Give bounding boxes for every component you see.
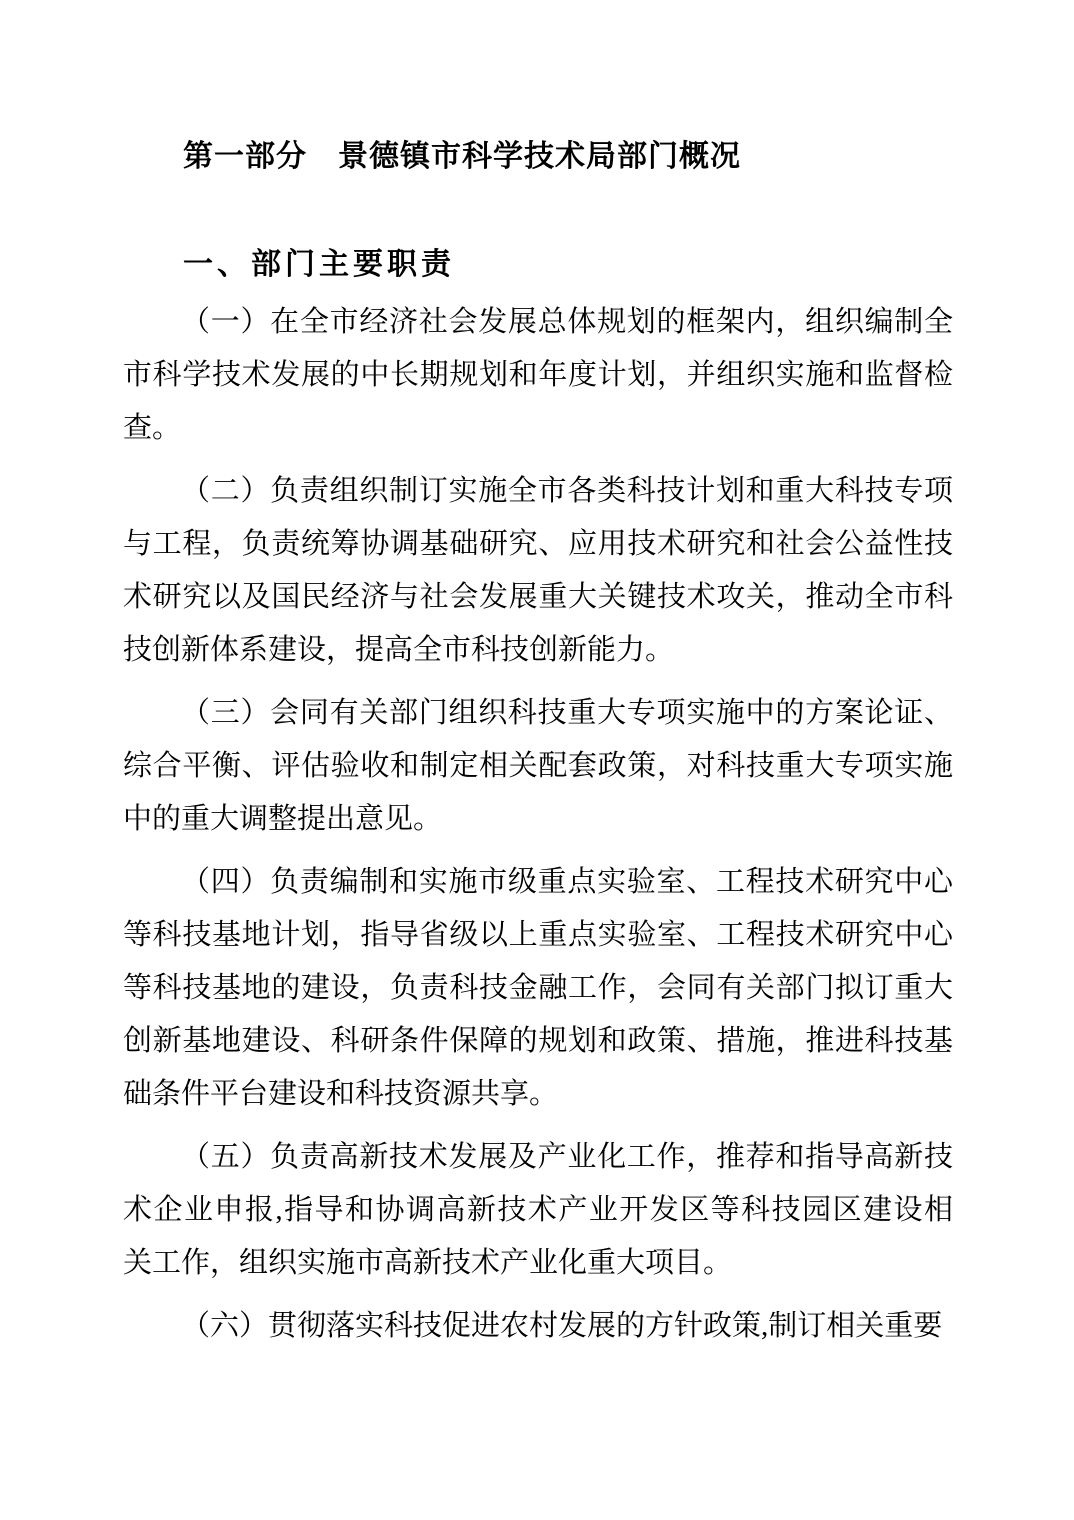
text-line: 等科技基地的建设，负责科技金融工作，会同有关部门拟订重大 <box>123 962 953 1015</box>
text-line: 中的重大调整提出意见。 <box>123 793 953 846</box>
paragraph: （四）负责编制和实施市级重点实验室、工程技术研究中心等科技基地计划，指导省级以上… <box>123 856 953 1121</box>
text-line: 创新基地建设、科研条件保障的规划和政策、措施，推进科技基 <box>123 1015 953 1068</box>
text-line: 关工作，组织实施市高新技术产业化重大项目。 <box>123 1237 953 1290</box>
document-page: 第一部分 景德镇市科学技术局部门概况 一、部门主要职责 （一）在全市经济社会发展… <box>0 0 1074 1520</box>
section-heading: 一、部门主要职责 <box>183 246 455 284</box>
paragraph: （一）在全市经济社会发展总体规划的框架内，组织编制全市科学技术发展的中长期规划和… <box>123 296 953 455</box>
text-line: （四）负责编制和实施市级重点实验室、工程技术研究中心 <box>123 856 953 909</box>
text-line: （五）负责高新技术发展及产业化工作，推荐和指导高新技 <box>123 1131 953 1184</box>
text-line: 术企业申报,指导和协调高新技术产业开发区等科技园区建设相 <box>123 1184 953 1237</box>
text-line: 技创新体系建设，提高全市科技创新能力。 <box>123 624 953 677</box>
paragraph: （三）会同有关部门组织科技重大专项实施中的方案论证、综合平衡、评估验收和制定相关… <box>123 687 953 846</box>
text-line: （二）负责组织制订实施全市各类科技计划和重大科技专项 <box>123 465 953 518</box>
text-line: 础条件平台建设和科技资源共享。 <box>123 1068 953 1121</box>
text-line: 市科学技术发展的中长期规划和年度计划，并组织实施和监督检 <box>123 349 953 402</box>
document-body: （一）在全市经济社会发展总体规划的框架内，组织编制全市科学技术发展的中长期规划和… <box>123 296 953 1363</box>
text-line: 综合平衡、评估验收和制定相关配套政策，对科技重大专项实施 <box>123 740 953 793</box>
text-line: 等科技基地计划，指导省级以上重点实验室、工程技术研究中心 <box>123 909 953 962</box>
text-line: 术研究以及国民经济与社会发展重大关键技术攻关，推动全市科 <box>123 571 953 624</box>
text-line: 查。 <box>123 402 953 455</box>
text-line: （一）在全市经济社会发展总体规划的框架内，组织编制全 <box>123 296 953 349</box>
document-title: 第一部分 景德镇市科学技术局部门概况 <box>183 138 741 176</box>
paragraph: （二）负责组织制订实施全市各类科技计划和重大科技专项与工程，负责统筹协调基础研究… <box>123 465 953 677</box>
paragraph: （五）负责高新技术发展及产业化工作，推荐和指导高新技术企业申报,指导和协调高新技… <box>123 1131 953 1290</box>
paragraph: （六）贯彻落实科技促进农村发展的方针政策,制订相关重要 <box>123 1300 953 1353</box>
text-line: 与工程，负责统筹协调基础研究、应用技术研究和社会公益性技 <box>123 518 953 571</box>
text-line: （六）贯彻落实科技促进农村发展的方针政策,制订相关重要 <box>123 1300 953 1353</box>
text-line: （三）会同有关部门组织科技重大专项实施中的方案论证、 <box>123 687 953 740</box>
